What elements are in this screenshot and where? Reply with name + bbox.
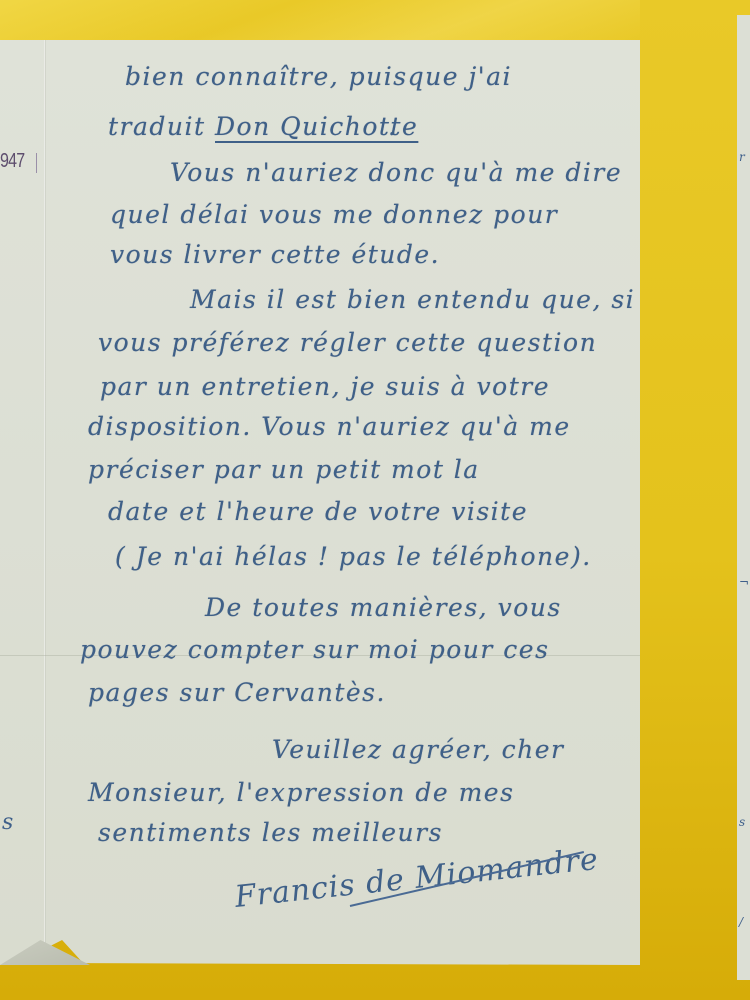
letter-line: par un entretien, je suis à votre	[100, 372, 550, 401]
right-page-mark: /	[739, 915, 743, 929]
closing-line: Veuillez agréer, cher	[272, 735, 564, 764]
letter-line: vous livrer cette étude.	[110, 240, 440, 269]
closing-line: Monsieur, l'expression de mes	[88, 778, 514, 807]
left-page-fragment: s	[2, 810, 13, 835]
letter-line: Vous n'auriez donc qu'à me dire	[170, 158, 622, 187]
letter-line: bien connaître, puisque j'ai	[125, 62, 512, 91]
right-page-mark: r	[739, 150, 745, 164]
background-crease	[0, 0, 640, 40]
page-stamp-number: 947	[0, 150, 24, 173]
letter-line: disposition. Vous n'auriez qu'à me	[88, 412, 571, 441]
vertical-fold-line	[44, 40, 46, 965]
letter-line: vous préférez régler cette question	[98, 328, 597, 357]
stamp-divider	[36, 153, 37, 173]
letter-line: quel délai vous me donnez pour	[110, 200, 558, 229]
letter-line: traduit	[108, 112, 206, 141]
letter-line: pages sur Cervantès.	[88, 678, 386, 707]
letter-line: De toutes manières, vous	[205, 593, 562, 622]
right-page-mark: s	[739, 815, 745, 829]
adjacent-page-right: r ¬ s /	[737, 15, 750, 980]
closing-line: sentiments les meilleurs	[98, 818, 443, 847]
letter-line: ( Je n'ai hélas ! pas le téléphone).	[115, 542, 592, 571]
letter-line: .	[388, 112, 397, 141]
letter-line: date et l'heure de votre visite	[108, 497, 528, 526]
letter-line: préciser par un petit mot la	[88, 455, 480, 484]
right-page-mark: ¬	[739, 575, 749, 589]
letter-line: Mais il est bien entendu que, si	[190, 285, 635, 314]
letter-line: pouvez compter sur moi pour ces	[80, 635, 549, 664]
